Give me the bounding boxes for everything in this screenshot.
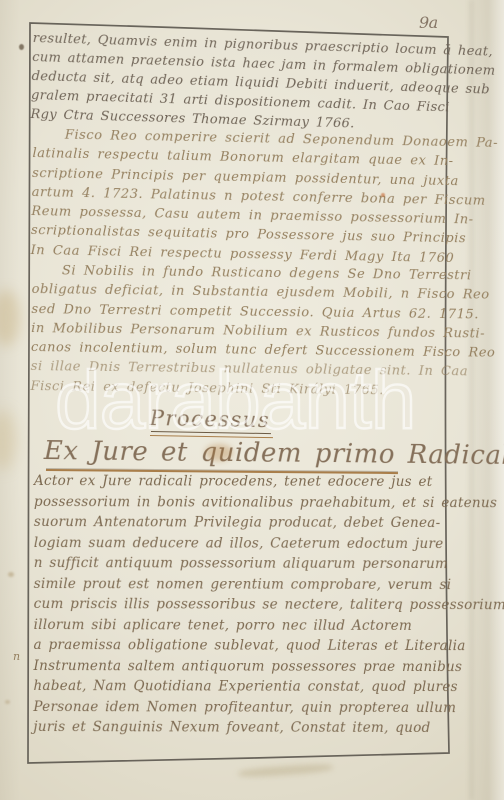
paragraph-2: Fisco Reo comperire scierit ad Seponendu… [30, 127, 446, 270]
text-line: Instrumenta saltem antiquorum possessore… [33, 657, 441, 679]
paragraph-1: resultet, Quamvis enim in pignoribus pra… [30, 31, 446, 138]
text-line: juris et Sanguinis Nexum foveant, Consta… [33, 719, 441, 741]
text-line: illorum sibi aplicare tenet, porro nec i… [34, 616, 442, 638]
paragraph-4: Actor ex Jure radicali procedens, tenet … [33, 473, 442, 741]
text-line: cum priscis illis possessoribus se necte… [34, 596, 442, 618]
text-line: logiam suam deducere ad illos, Caeterum … [34, 534, 442, 556]
ink-speck [8, 572, 14, 577]
text-line: possessorium in bonis avitionalibus prae… [34, 493, 442, 515]
page-number-text: 9a [419, 13, 438, 32]
heading-ex-jure-radicali: Ex Jure et quidem primo Radicali [44, 436, 504, 471]
text-line: simile prout est nomen gerentium comprob… [34, 575, 442, 597]
manuscript-photo: 9a resultet, Quamvis enim in pignoribus … [0, 0, 504, 800]
text-line: Actor ex Jure radicali procedens, tenet … [34, 473, 442, 495]
left-margin-stain [0, 290, 20, 346]
margin-note: n [13, 650, 20, 663]
text-line: suorum Antenatorum Privilegia producat, … [34, 514, 442, 536]
text-line: Fisci Rei ex defectu Josephini Sti Királ… [30, 379, 444, 403]
heading-processus: Processus [150, 406, 271, 432]
text-line: Personae idem Nomen profiteantur, quin p… [33, 698, 441, 720]
bottom-smudge [238, 763, 333, 779]
ink-speck [5, 700, 10, 704]
text-line: habeat, Nam Quotidiana Experientia const… [33, 678, 441, 700]
page-fold-shadow [470, 0, 473, 800]
page-number: 9a [419, 13, 438, 32]
text-line: n sufficit antiquum possessorium aliquar… [34, 555, 442, 577]
pinhole-dot [19, 44, 24, 50]
paragraph-3: Si Nobilis in fundo Rusticano degens Se … [30, 263, 446, 403]
text-line: a praemissa obligatione sublevat, quod L… [34, 637, 442, 659]
left-margin-stain [0, 410, 16, 470]
